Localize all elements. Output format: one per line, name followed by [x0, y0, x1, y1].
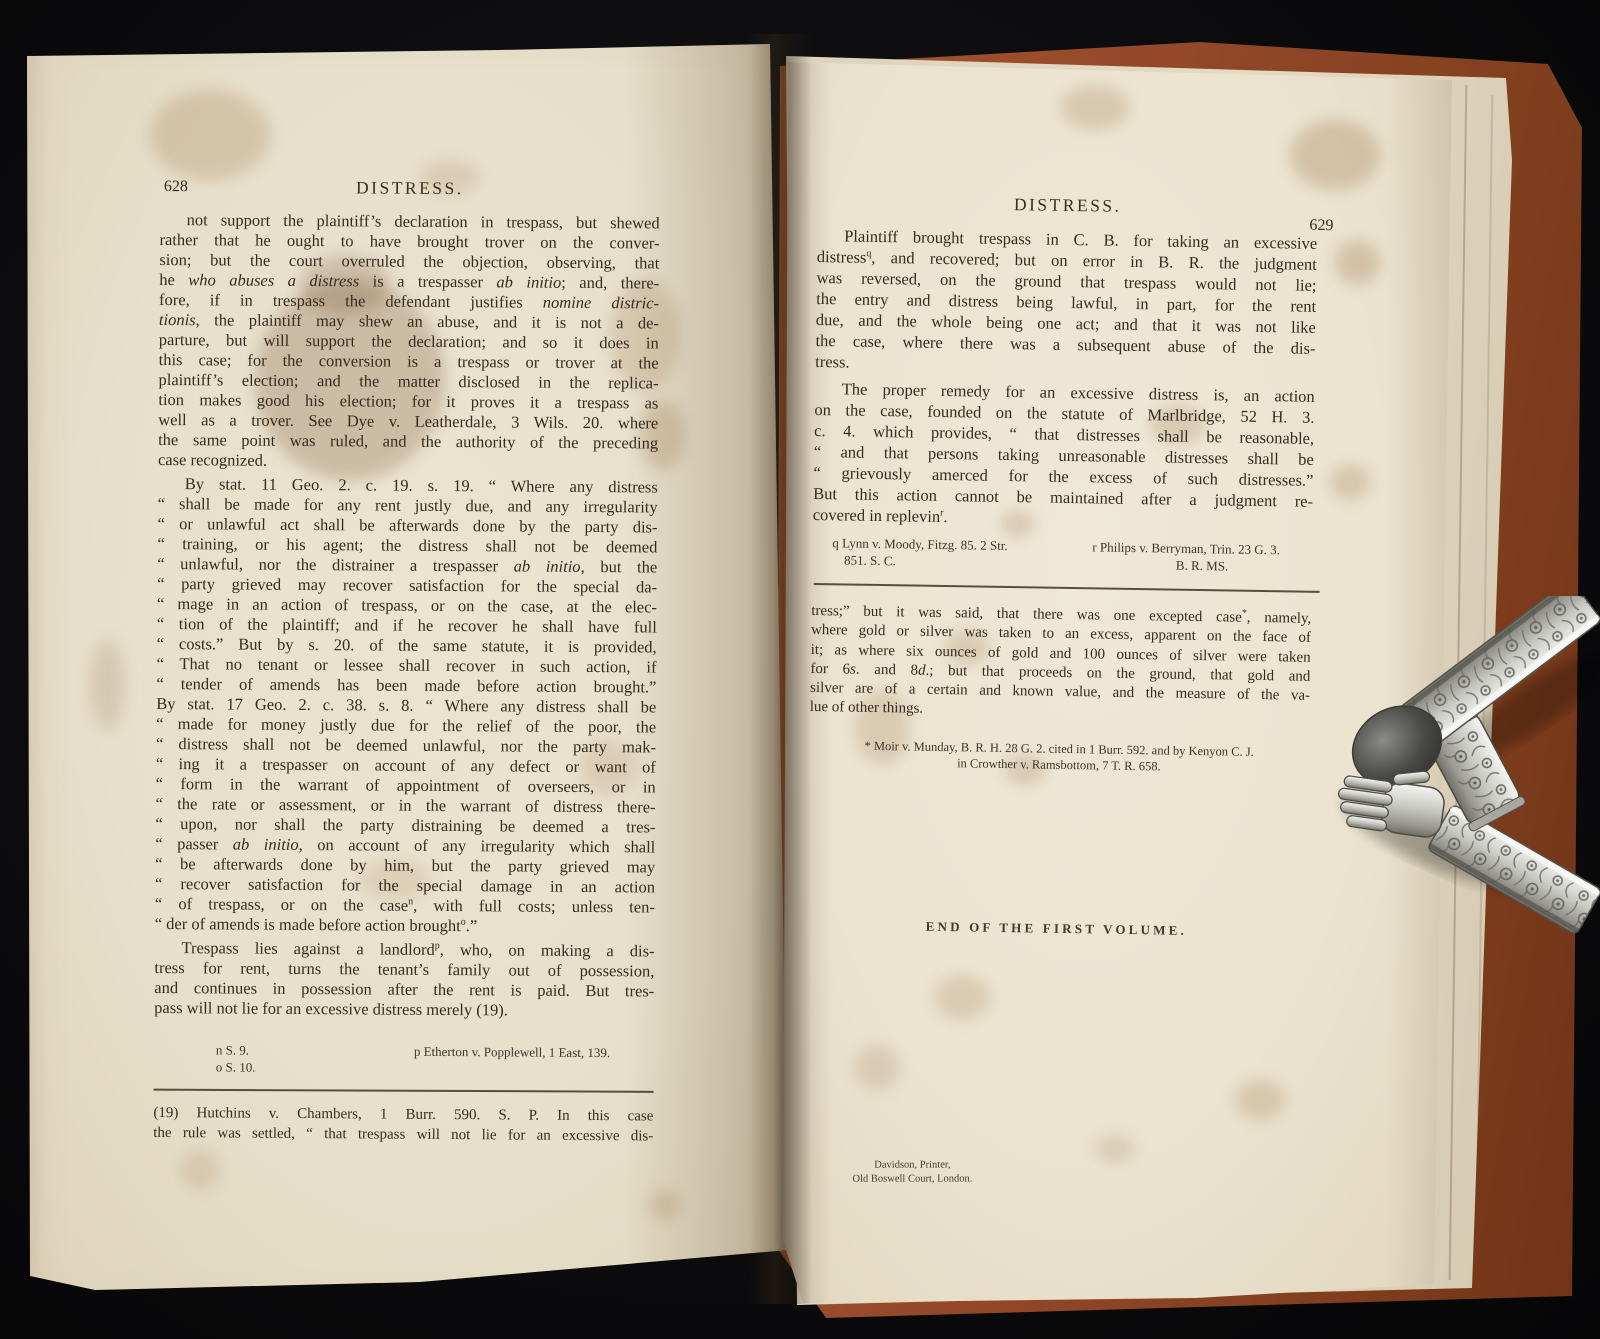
footnote-rule — [814, 583, 1320, 593]
foxing-stain — [180, 1150, 220, 1190]
text-line: 851. S. C. — [832, 552, 1067, 572]
paragraph: Plaintiff brought trespass in C. B. for … — [815, 225, 1317, 380]
bookmark-clip-graphic — [1285, 596, 1600, 936]
text-line: r Philips v. Berryman, Trin. 23 G. 3. — [1092, 539, 1312, 559]
foxing-stain — [935, 975, 990, 1020]
bookmark-clip — [1285, 596, 1600, 936]
foxing-stain — [1335, 240, 1380, 285]
text-line: n S. 9. — [216, 1042, 366, 1060]
printer-line: Davidson, Printer, — [852, 1159, 972, 1173]
footnote-column: q Lynn v. Moody, Fitzg. 85. 2 Str.851. S… — [832, 535, 1067, 572]
foxing-stain — [1330, 465, 1370, 500]
footnote-rule — [154, 1089, 654, 1093]
text-line: the rule was settled, “ that trespass wi… — [153, 1123, 653, 1146]
paragraph: Trespass lies against a landlordp, who, … — [154, 938, 655, 1021]
bottom-case-note: (19) Hutchins v. Chambers, 1 Burr. 590. … — [153, 1104, 653, 1146]
printer-line: Old Boswell Court, London. — [853, 1172, 973, 1186]
text-line: B. R. MS. — [1092, 556, 1312, 576]
paragraph: The proper remedy for an excessive distr… — [813, 378, 1315, 533]
running-title: DISTRESS. — [160, 176, 660, 200]
text-line: “ der of amends is made before action br… — [155, 914, 655, 937]
right-page-text: DISTRESS. 629 Plaintiff brought trespass… — [809, 185, 1318, 777]
footnote-column: p Etherton v. Popplewell, 1 East, 139. — [414, 1044, 654, 1079]
footnotes-row: n S. 9.o S. 10. p Etherton v. Popplewell… — [154, 1042, 654, 1078]
paragraph: By stat. 11 Geo. 2. c. 19. s. 19. “ Wher… — [155, 474, 658, 937]
book-gutter-shadow — [748, 34, 812, 1304]
left-page: 628 DISTRESS. not support the plaintiff’… — [0, 0, 800, 1339]
right-page-header: DISTRESS. 629 — [817, 185, 1318, 233]
left-page-header: 628 DISTRESS. — [160, 170, 660, 213]
foxing-stain — [1060, 85, 1130, 130]
footnote-column: r Philips v. Berryman, Trin. 23 G. 3.B. … — [1092, 539, 1312, 575]
foxing-stain — [150, 90, 270, 180]
footnote-column: n S. 9.o S. 10. — [216, 1042, 366, 1076]
foxing-stain — [1290, 120, 1380, 190]
foxing-stain — [1095, 1135, 1135, 1163]
foxing-stain — [650, 1190, 680, 1220]
text-line: p Etherton v. Popplewell, 1 East, 139. — [414, 1044, 654, 1062]
foxing-stain — [1235, 1080, 1285, 1120]
paragraph: not support the plaintiff’s declaration … — [158, 210, 660, 473]
printer-imprint: Davidson, Printer, Old Boswell Court, Lo… — [852, 1159, 972, 1186]
page-number: 629 — [1309, 217, 1333, 235]
foxing-stain — [90, 640, 125, 730]
left-page-text: 628 DISTRESS. not support the plaintiff’… — [153, 170, 660, 1146]
text-line: pass will not lie for an excessive distr… — [154, 998, 654, 1021]
text-line: case recognized. — [158, 450, 658, 473]
continuation-note: tress;” but it was said, that there was … — [810, 602, 1312, 726]
foxing-stain — [855, 1045, 900, 1090]
footnotes-row: q Lynn v. Moody, Fitzg. 85. 2 Str.851. S… — [812, 535, 1312, 576]
text-line: o S. 10. — [216, 1059, 366, 1077]
running-title: DISTRESS. — [818, 191, 1318, 220]
photo-of-open-book: 628 DISTRESS. not support the plaintiff’… — [0, 0, 1600, 1339]
